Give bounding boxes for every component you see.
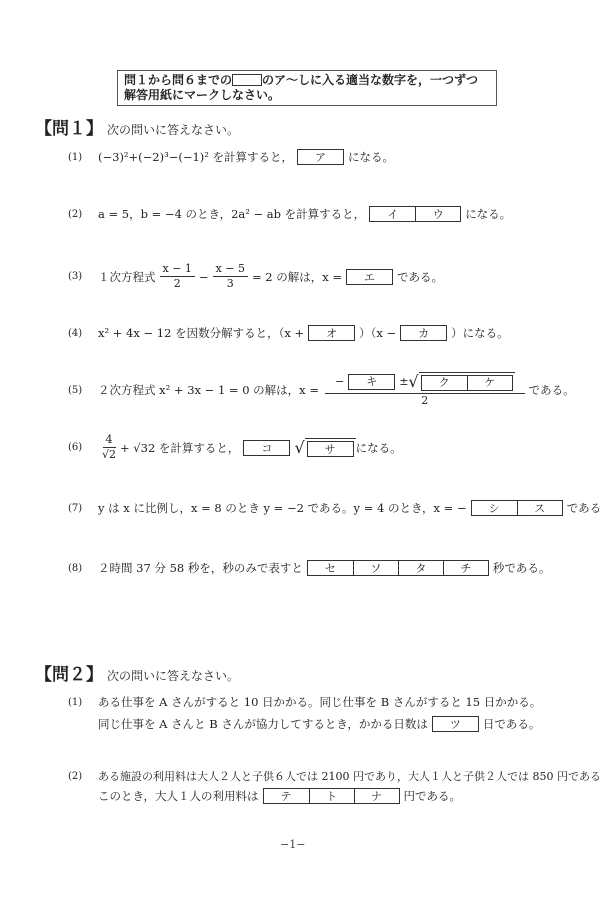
question-tail: である。 — [397, 269, 443, 285]
answer-box: チ — [443, 561, 488, 575]
fraction-denominator: 2 — [174, 277, 181, 291]
fraction: 4√2 — [102, 433, 116, 462]
question-text: y は x に比例し，x = 8 のとき y = −2 である。y = 4 のと… — [98, 500, 467, 516]
answer-boxes: コ — [243, 440, 290, 456]
question-text: １次方程式 — [98, 269, 156, 285]
answer-box: キ — [349, 375, 394, 389]
question-text: + √32 を計算すると， — [120, 440, 239, 456]
minus-sign: − — [199, 270, 209, 284]
answer-boxes-2: クケ — [421, 375, 513, 391]
question-1-2: (2) a = 5，b = −4 のとき，2a² − ab を計算すると， イウ… — [68, 206, 511, 222]
section2-title: 【問２】 — [35, 665, 103, 685]
question-1-1: (1) (−3)²+(−2)³−(−1)² を計算すると， ア になる。 — [68, 149, 394, 165]
question-text: ２時間 37 分 58 秒を，秒のみで表すと — [98, 560, 303, 576]
answer-boxes-2: カ — [400, 325, 447, 341]
answer-box: ウ — [415, 207, 460, 221]
answer-boxes: ツ — [432, 716, 479, 732]
question-text: a = 5，b = −4 のとき，2a² − ab を計算すると， — [98, 206, 365, 222]
answer-box: オ — [309, 326, 354, 340]
plus-minus-sign: ± — [399, 375, 408, 389]
answer-box: ナ — [354, 789, 399, 803]
question-number: (5) — [68, 385, 98, 396]
answer-boxes: セソタチ — [307, 560, 489, 576]
fraction-denominator: 3 — [227, 277, 234, 291]
section2-subtitle: 次の問いに答えなさい。 — [107, 669, 239, 683]
blank-box-sample — [232, 74, 262, 86]
fraction-1: x − 12 — [160, 262, 195, 291]
fraction-numerator: x − 1 — [160, 262, 195, 277]
section1-header: 【問１】次の問いに答えなさい。 — [35, 114, 239, 139]
question-number: (8) — [68, 563, 98, 574]
answer-box: ス — [517, 501, 562, 515]
sqrt: √サ — [294, 438, 355, 457]
question-2-2-line2: このとき，大人１人の利用料は テトナ 円である。 — [98, 788, 461, 804]
answer-boxes: エ — [346, 269, 393, 285]
question-number: (1) — [68, 697, 98, 708]
question-text-2: = 2 の解は，x = — [252, 269, 342, 285]
sqrt-icon: √ — [408, 375, 418, 389]
question-tail: である。 — [529, 382, 575, 398]
answer-boxes: ア — [297, 149, 344, 165]
question-number: (4) — [68, 328, 98, 339]
question-tail: になる。 — [356, 440, 402, 456]
answer-box: ト — [309, 789, 354, 803]
answer-box: サ — [308, 442, 353, 456]
question-1-8: (8) ２時間 37 分 58 秒を，秒のみで表すと セソタチ 秒である。 — [68, 560, 550, 576]
sqrt: √クケ — [408, 372, 514, 391]
answer-box: セ — [308, 561, 353, 575]
question-2-1-line2: 同じ仕事を A さんと B さんが協力してするとき，かかる日数は ツ 日である。 — [98, 716, 540, 732]
answer-box: ク — [422, 376, 467, 390]
question-1-4: (4) x² + 4x − 12 を因数分解すると，（x + オ ）（x − カ… — [68, 325, 509, 341]
fraction-numerator: 4 — [103, 433, 116, 448]
sqrt-icon: √ — [294, 438, 304, 457]
answer-box: シ — [472, 501, 517, 515]
fraction-denominator: √2 — [102, 448, 116, 462]
answer-box: エ — [347, 270, 392, 284]
question-text: x² + 4x − 12 を因数分解すると，（x + — [98, 325, 304, 341]
question-2-2-line1: (2) ある施設の利用料は大人２人と子供６人では 2100 円であり，大人１人と… — [68, 768, 600, 784]
answer-box: ソ — [353, 561, 398, 575]
answer-boxes: シス — [471, 500, 563, 516]
question-1-5: (5) ２次方程式 x² + 3x − 1 = 0 の解は，x = − キ ± … — [68, 372, 575, 408]
question-tail: 円である。 — [404, 788, 462, 804]
answer-box: タ — [398, 561, 443, 575]
section1-subtitle: 次の問いに答えなさい。 — [107, 123, 239, 137]
question-1-6: (6) 4√2 + √32 を計算すると， コ √サ になる。 — [68, 433, 402, 462]
question-text: ある施設の利用料は大人２人と子供６人では 2100 円であり，大人１人と子供２人… — [98, 768, 600, 784]
question-text: ２次方程式 x² + 3x − 1 = 0 の解は，x = — [98, 382, 319, 398]
answer-box: イ — [370, 207, 415, 221]
answer-boxes: オ — [308, 325, 355, 341]
minus-sign: − — [335, 375, 344, 389]
question-number: (6) — [68, 442, 98, 453]
answer-box: テ — [264, 789, 309, 803]
answer-box: ア — [298, 150, 343, 164]
fraction-numerator: − キ ± √クケ — [325, 372, 525, 394]
answer-boxes: キ — [348, 374, 395, 390]
answer-box: ツ — [433, 717, 478, 731]
question-number: (1) — [68, 152, 98, 163]
question-number: (7) — [68, 503, 98, 514]
question-tail: になる。 — [348, 149, 394, 165]
page-number: −1− — [280, 838, 305, 851]
fraction-denominator: 2 — [421, 394, 428, 408]
question-tail: 秒である。 — [493, 560, 551, 576]
fraction-numerator: x − 5 — [213, 262, 248, 277]
question-tail: ）になる。 — [451, 325, 509, 341]
answer-box: コ — [244, 441, 289, 455]
question-1-3: (3) １次方程式 x − 12 − x − 53 = 2 の解は，x = エ … — [68, 262, 443, 291]
question-number: (3) — [68, 271, 98, 282]
answer-boxes: テトナ — [263, 788, 400, 804]
question-tail: 日である。 — [483, 716, 541, 732]
section2-header: 【問２】次の問いに答えなさい。 — [35, 660, 239, 685]
question-tail: である。 — [567, 500, 600, 516]
question-text-2: 同じ仕事を A さんと B さんが協力してするとき，かかる日数は — [98, 716, 428, 732]
question-2-1-line1: (1) ある仕事を A さんがすると 10 日かかる。同じ仕事を B さんがする… — [68, 694, 541, 710]
fraction-2: x − 53 — [213, 262, 248, 291]
question-number: (2) — [68, 771, 98, 782]
question-tail: になる。 — [465, 206, 511, 222]
question-text-2: このとき，大人１人の利用料は — [98, 788, 259, 804]
answer-boxes: イウ — [369, 206, 461, 222]
quadratic-fraction: − キ ± √クケ 2 — [325, 372, 525, 408]
section1-title: 【問１】 — [35, 119, 103, 139]
question-text-2: ）（x − — [359, 325, 396, 341]
answer-box: ケ — [467, 376, 512, 390]
question-text: ある仕事を A さんがすると 10 日かかる。同じ仕事を B さんがすると 15… — [98, 694, 541, 710]
question-text: (−3)²+(−2)³−(−1)² を計算すると， — [98, 149, 293, 165]
question-number: (2) — [68, 209, 98, 220]
question-1-7: (7) y は x に比例し，x = 8 のとき y = −2 である。y = … — [68, 500, 600, 516]
answer-boxes-2: サ — [307, 441, 354, 457]
answer-box: カ — [401, 326, 446, 340]
instructions-text: 問１から問６までの — [124, 73, 232, 87]
instructions-box: 問１から問６までののア～しに入る適当な数字を，一つずつ解答用紙にマークしなさい。 — [117, 70, 497, 106]
